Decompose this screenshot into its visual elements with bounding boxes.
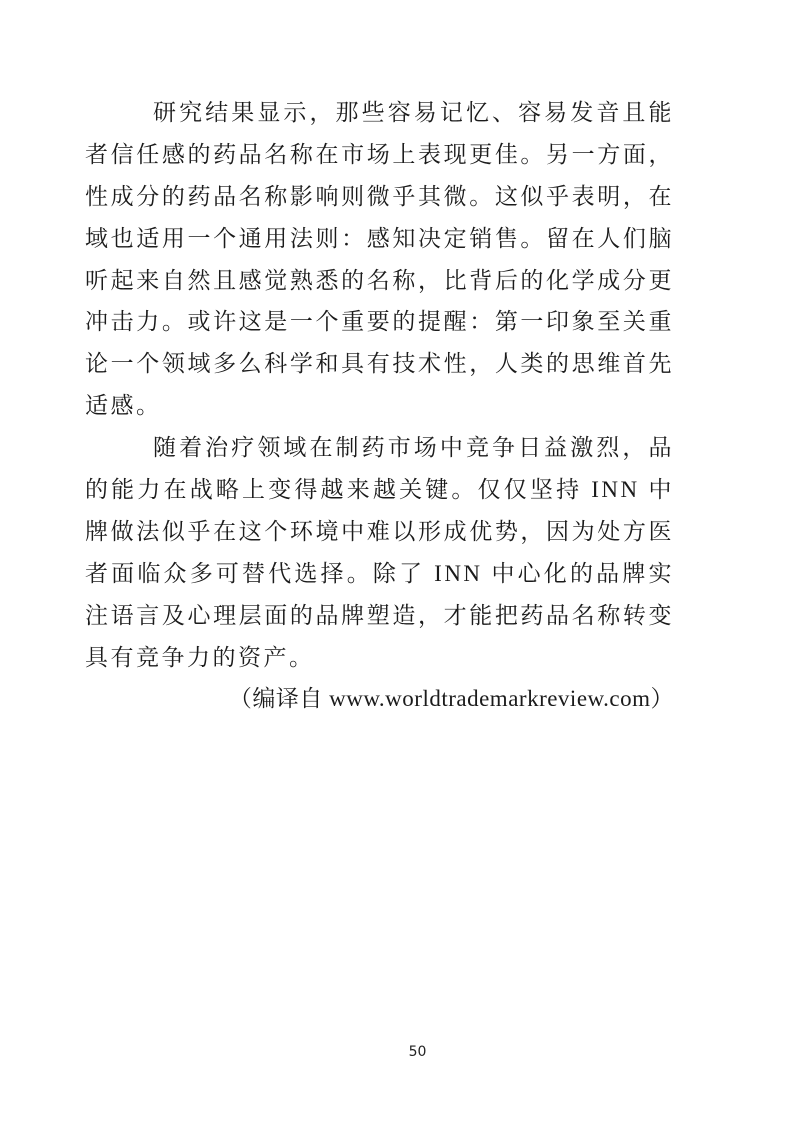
- text-line: 者信任感的药品名称在市场上表现更佳。另一方面，提及活: [85, 134, 674, 176]
- text-line: 的能力在战略上变得越来越关键。仅仅坚持 INN 中心化的品: [85, 469, 674, 511]
- text-line: 随着治疗领域在制药市场中竞争日益激烈，品牌差异化: [85, 427, 674, 469]
- document-page: 研究结果显示，那些容易记忆、容易发音且能建立消费 者信任感的药品名称在市场上表现…: [0, 0, 793, 1122]
- text-line: 具有竞争力的资产。: [85, 637, 674, 679]
- source-attribution: （编译自 www.worldtrademarkreview.com）: [85, 678, 674, 720]
- text-line: 论一个领域多么科学和具有技术性，人类的思维首先寻求舒: [85, 343, 674, 385]
- text-line: 者面临众多可替代选择。除了 INN 中心化的品牌实践外，关: [85, 553, 674, 595]
- text-line: 冲击力。或许这是一个重要的提醒：第一印象至关重要，无: [85, 301, 674, 343]
- text-line: 适感。: [85, 385, 674, 427]
- text-line: 域也适用一个通用法则：感知决定销售。留在人们脑海中、: [85, 218, 674, 260]
- text-line: 性成分的药品名称影响则微乎其微。这似乎表明，在制药领: [85, 176, 674, 218]
- text-line: 研究结果显示，那些容易记忆、容易发音且能建立消费: [85, 92, 674, 134]
- text-line: 牌做法似乎在这个环境中难以形成优势，因为处方医生和患: [85, 511, 674, 553]
- body-text: 研究结果显示，那些容易记忆、容易发音且能建立消费 者信任感的药品名称在市场上表现…: [85, 92, 674, 720]
- paragraph-1: 研究结果显示，那些容易记忆、容易发音且能建立消费 者信任感的药品名称在市场上表现…: [85, 92, 674, 427]
- page-number: 50: [21, 1044, 793, 1060]
- text-line: 听起来自然且感觉熟悉的名称，比背后的化学成分更具实际: [85, 260, 674, 302]
- text-line: 注语言及心理层面的品牌塑造，才能把药品名称转变为真正: [85, 595, 674, 637]
- paragraph-2: 随着治疗领域在制药市场中竞争日益激烈，品牌差异化 的能力在战略上变得越来越关键。…: [85, 427, 674, 678]
